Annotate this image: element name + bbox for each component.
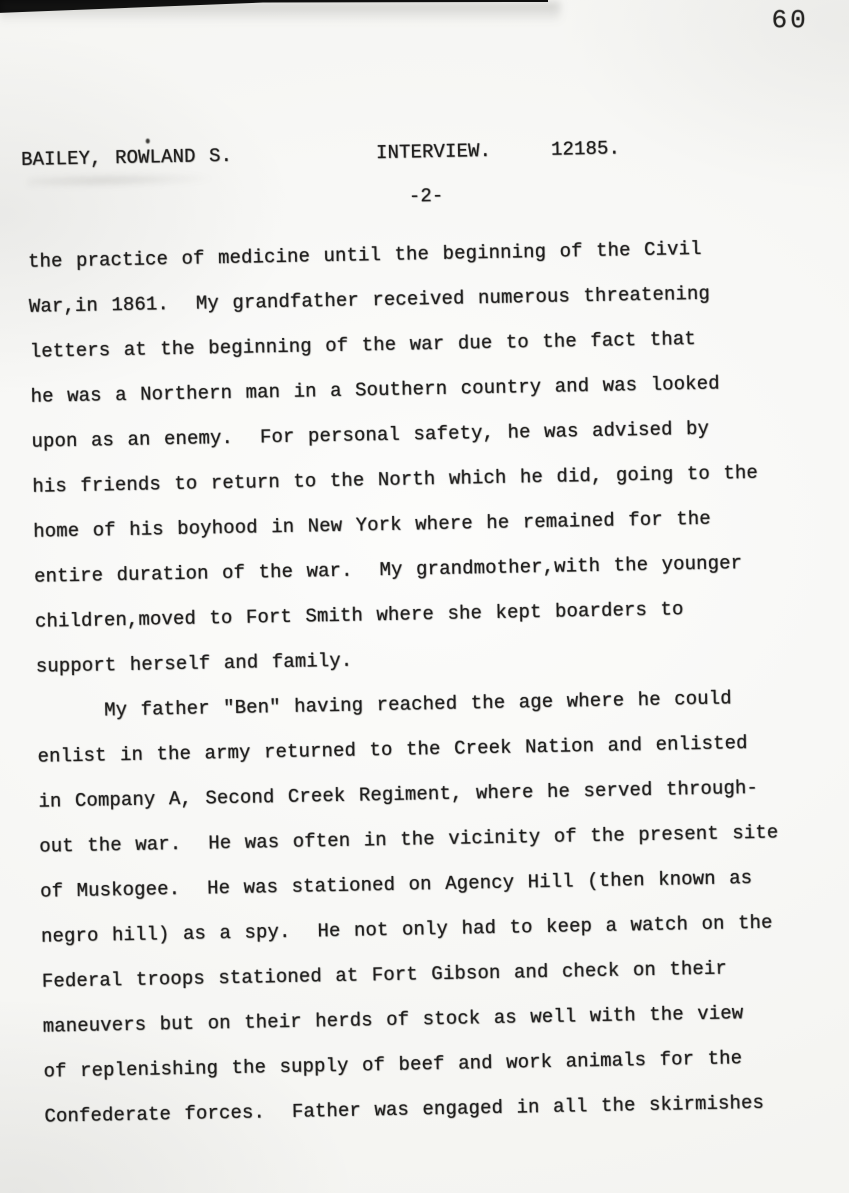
- header-interviewee-name: BAILEY, ROWLAND S.: [21, 145, 232, 171]
- smudge-artifact: [27, 171, 217, 189]
- header-document-number: 12185.: [551, 137, 620, 160]
- document-sheet: 60 BAILEY, ROWLAND S. INTERVIEW. 12185. …: [0, 0, 849, 1193]
- scanned-document-page: 60 BAILEY, ROWLAND S. INTERVIEW. 12185. …: [0, 0, 849, 1193]
- corner-page-number: 60: [772, 5, 809, 35]
- page-label: -2-: [409, 185, 444, 208]
- header-document-type: INTERVIEW.: [376, 140, 491, 164]
- ink-dot-artifact: [146, 139, 150, 144]
- body-text: the practice of medicine until the begin…: [28, 236, 784, 1150]
